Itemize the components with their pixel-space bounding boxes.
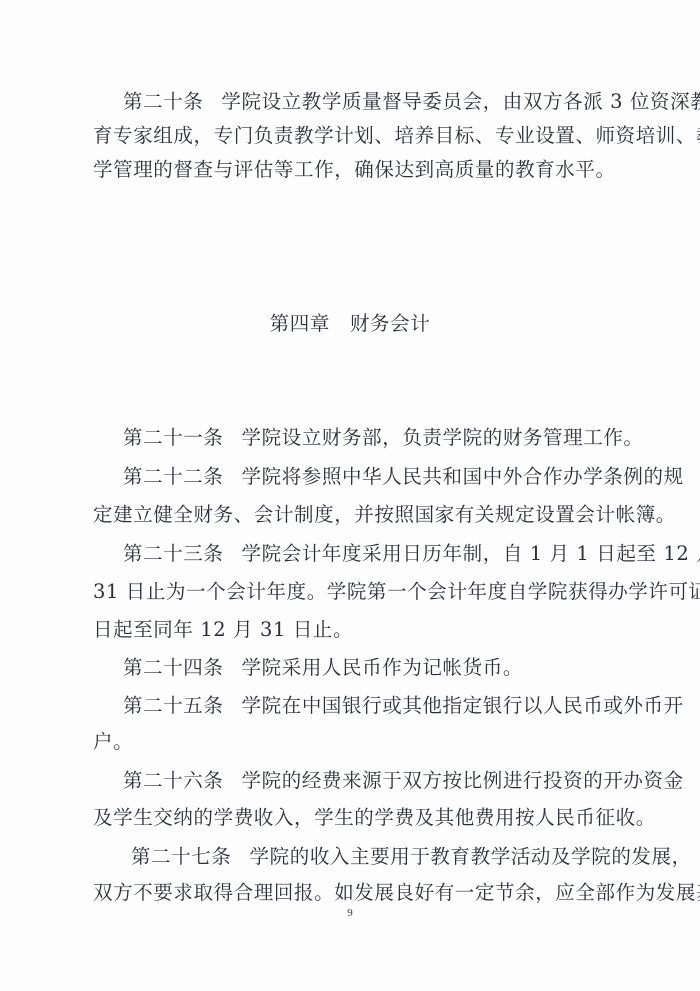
article-26-line-2: 及学生交纳的学费收入，学生的学费及其他费用按人民币征收。 <box>93 806 613 830</box>
article-27-line-2: 双方不要求取得合理回报。如发展良好有一定节余，应全部作为发展基 <box>93 881 613 905</box>
article-label: 第二十三条 <box>123 542 224 565</box>
article-20-line-3: 学管理的督查与评估等工作，确保达到高质量的教育水平。 <box>93 158 613 182</box>
article-24-line-1: 第二十四条学院采用人民币作为记帐货币。 <box>123 656 643 680</box>
article-25-line-1: 第二十五条学院在中国银行或其他指定银行以人民币或外币开 <box>123 694 643 718</box>
article-25-line-2: 户。 <box>93 730 613 754</box>
chapter-title: 财务会计 <box>350 312 430 335</box>
article-26-line-1: 第二十六条学院的经费来源于双方按比例进行投资的开办资金 <box>123 769 643 793</box>
article-label: 第二十四条 <box>123 656 224 679</box>
article-label: 第二十二条 <box>123 465 224 488</box>
article-20-line-2: 育专家组成，专门负责教学计划、培养目标、专业设置、师资培训、教 <box>93 124 613 148</box>
article-label: 第二十条 <box>123 90 203 113</box>
article-27-line-1: 第二十七条学院的收入主要用于教育教学活动及学院的发展， <box>131 845 651 869</box>
article-label: 第二十五条 <box>123 694 224 717</box>
article-20-line-1: 第二十条学院设立教学质量督导委员会，由双方各派 3 位资深教 <box>123 90 643 114</box>
chapter-heading: 第四章财务会计 <box>0 312 700 336</box>
article-23-line-3: 日起至同年 12 月 31 日止。 <box>93 618 613 642</box>
article-23-line-2: 31 日止为一个会计年度。学院第一个会计年度自学院获得办学许可证之 <box>93 580 613 604</box>
chapter-number: 第四章 <box>270 312 330 335</box>
article-22-line-1: 第二十二条学院将参照中华人民共和国中外合作办学条例的规 <box>123 465 643 489</box>
article-21-line-1: 第二十一条学院设立财务部，负责学院的财务管理工作。 <box>123 426 643 450</box>
article-22-line-2: 定建立健全财务、会计制度，并按照国家有关规定设置会计帐簿。 <box>93 503 613 527</box>
article-label: 第二十六条 <box>123 769 224 792</box>
article-label: 第二十一条 <box>123 426 224 449</box>
article-23-line-1: 第二十三条学院会计年度采用日历年制，自 1 月 1 日起至 12 月 <box>123 542 643 566</box>
document-page: 第二十条学院设立教学质量督导委员会，由双方各派 3 位资深教 育专家组成，专门负… <box>0 0 700 991</box>
page-number: 9 <box>0 907 700 919</box>
article-label: 第二十七条 <box>131 845 232 868</box>
